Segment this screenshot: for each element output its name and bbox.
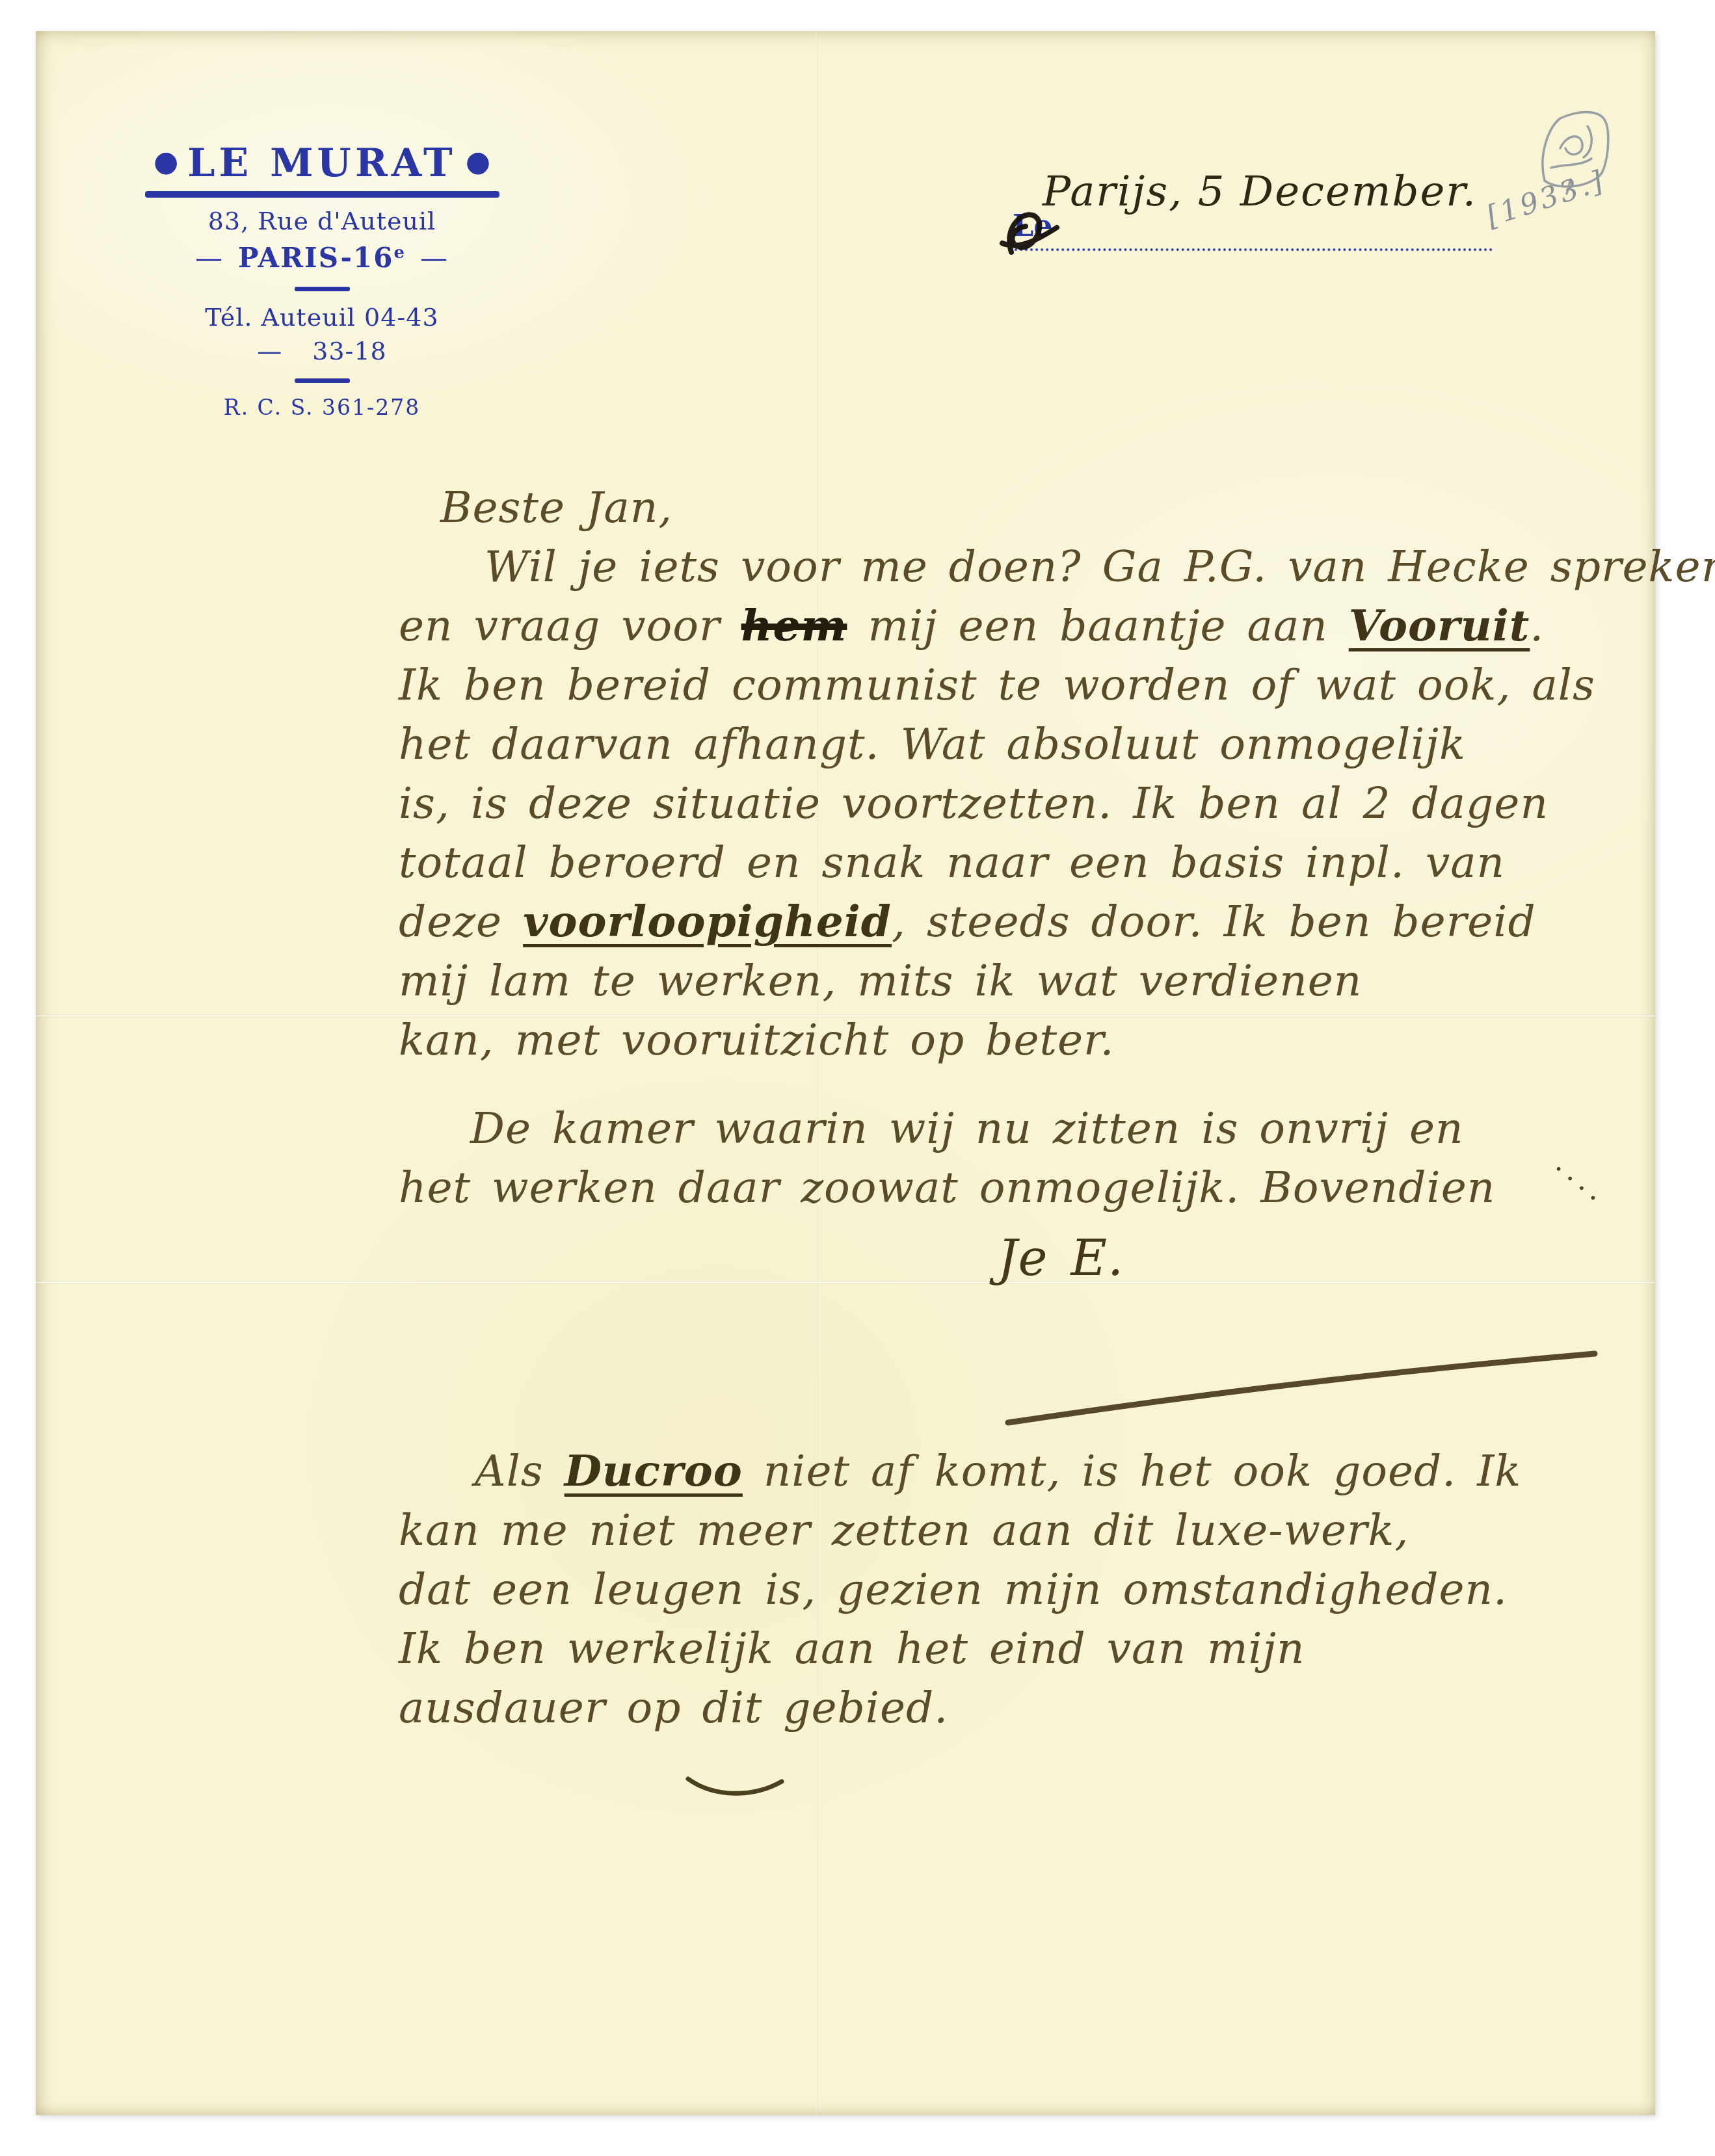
letter-line: het daarvan afhangt. Wat absoluut onmoge… — [399, 715, 1715, 774]
postscript-line-text: niet af komt, is het ook goed. Ik — [743, 1446, 1522, 1496]
bullet-icon: ● — [144, 145, 187, 178]
letterhead-registration: R. C. S. 361-278 — [133, 395, 511, 420]
postscript-line-text: Als — [475, 1446, 565, 1496]
letter-line: mij lam te werken, mits ik wat verdienen — [399, 951, 1715, 1010]
letter-line-text: . — [1530, 601, 1544, 651]
letterhead-city-line: —PARIS-16e— — [133, 242, 511, 274]
letterhead-phone-1: Tél. Auteuil 04-43 — [133, 303, 511, 332]
letter-line: en vraag voor hem mij een baantje aan Vo… — [399, 596, 1715, 655]
letterhead: ●LE MURAT● 83, Rue d'Auteuil —PARIS-16e—… — [133, 140, 511, 420]
letterhead-phone-2-line: —33-18 — [133, 337, 511, 365]
letterhead-divider-1 — [295, 287, 350, 291]
letterhead-underline — [145, 191, 499, 198]
letter-line-text: en vraag voor — [399, 601, 741, 651]
fold-crease-horizontal-2 — [36, 1281, 1655, 1284]
letterhead-city-superscript: e — [393, 243, 406, 263]
letter-body: Beste Jan, Wil je iets voor me doen? Ga … — [399, 478, 1715, 1217]
postscript-line: kan me niet meer zetten aan dit luxe-wer… — [399, 1501, 1521, 1560]
underlined-word: voorloopigheid — [523, 896, 892, 947]
signature: Je E. — [998, 1229, 1124, 1287]
signature-flourish — [1002, 1346, 1606, 1430]
postscript-line: Als Ducroo niet af komt, is het ook goed… — [475, 1441, 1521, 1501]
dash: — — [257, 337, 312, 365]
letterhead-phone-2: 33-18 — [312, 337, 387, 365]
handwritten-date: Parijs, 5 December. — [1043, 168, 1477, 216]
letter-paper: ●LE MURAT● 83, Rue d'Auteuil —PARIS-16e—… — [36, 31, 1655, 2115]
letter-line: totaal beroerd en snak naar een basis in… — [399, 833, 1715, 892]
letter-line: is, is deze situatie voortzetten. Ik ben… — [399, 774, 1715, 833]
printed-date-dotted-line — [1015, 220, 1493, 251]
letterhead-address: 83, Rue d'Auteuil — [133, 207, 511, 235]
salutation: Beste Jan, — [440, 478, 1715, 537]
letter-line-text: deze — [399, 897, 523, 947]
dit-underline-flourish — [683, 1774, 787, 1803]
letter-line: kan, met vooruitzicht op beter. — [399, 1010, 1715, 1070]
bullet-icon: ● — [457, 145, 499, 178]
letter-line: Ik ben bereid communist te worden of wat… — [399, 655, 1715, 715]
letter-line-text: , steeds door. Ik ben bereid — [892, 897, 1536, 947]
letterhead-city: PARIS-16 — [238, 242, 393, 274]
postscript-line: Ik ben werkelijk aan het eind van mijn — [399, 1619, 1521, 1678]
postscript: Als Ducroo niet af komt, is het ook goed… — [399, 1441, 1521, 1737]
dash: — — [181, 242, 238, 274]
letterhead-divider-2 — [295, 378, 350, 383]
postscript-line: dat een leugen is, gezien mijn omstandig… — [399, 1560, 1521, 1619]
underlined-word: Vooruit — [1349, 600, 1530, 651]
letter-line: De kamer waarin wij nu zitten is onvrij … — [470, 1099, 1715, 1158]
letterhead-name-line: ●LE MURAT● — [133, 140, 511, 186]
letterhead-name: LE MURAT — [187, 140, 456, 186]
letter-line: Wil je iets voor me doen? Ga P.G. van He… — [485, 537, 1715, 596]
dash: — — [406, 242, 463, 274]
letter-line: het werken daar zoowat onmogelijk. Boven… — [399, 1158, 1715, 1217]
letter-line: deze voorloopigheid, steeds door. Ik ben… — [399, 892, 1715, 951]
underlined-word: Ducroo — [565, 1445, 743, 1496]
strikethrough-word: hem — [741, 600, 847, 651]
letter-line-text: mij een baantje aan — [847, 601, 1348, 651]
postscript-line: ausdauer op dit gebied. — [399, 1678, 1521, 1737]
